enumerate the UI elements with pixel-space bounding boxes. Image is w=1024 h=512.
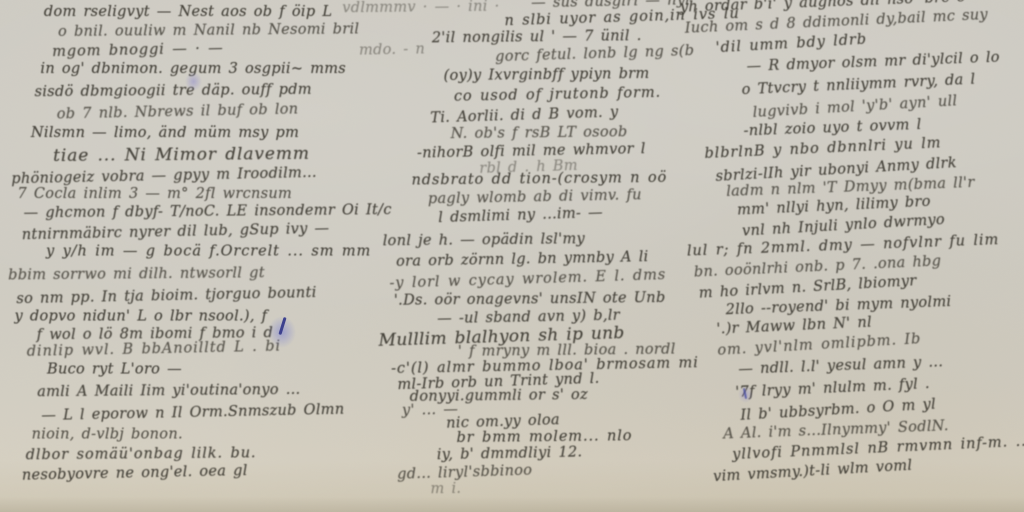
paper: dom rseligvyt — Nest aos ob f öip L o bn… xyxy=(0,0,1024,512)
handwriting-line: -y lorl w cycay wrolem. E l. dms xyxy=(389,268,666,293)
handwriting-column-middle: vdlmmmv · — · ini · — süs dusgirl — nyl … xyxy=(336,0,718,512)
handwriting-line: — L l eporow n Il Orm.Snmszub Olmn xyxy=(41,403,344,425)
handwriting-line: phöniogeiz vobra — gpyy m Iroodilm... xyxy=(11,166,317,188)
handwriting-line: gorc fetul. lonb lg ng s(b xyxy=(495,44,695,66)
handwriting-line: pagly wlomb ab di vimv. fu xyxy=(428,188,642,208)
handwriting-line: o bnil. ouuliw m Nanil nb Nesomi bril xyxy=(58,22,359,41)
handwriting-line: mgom bnoggi — · — xyxy=(52,42,224,62)
handwriting-line: 2'il nongilis ul ' — 7 ünil . xyxy=(432,29,642,47)
handwriting-line: ob 7 nlb. Nbrews il buf ob lon xyxy=(57,102,299,123)
handwriting-line: lugvivb i mol 'y'b' ayn' ull xyxy=(752,94,958,122)
handwriting-line: Buco ryt L'oro — xyxy=(47,363,182,379)
handwriting-line: — ghcmon f dbyf- T/noC. LE insondemr Oi … xyxy=(24,203,392,222)
handwriting-line: y dopvo nidun' L o lbr nsool.), f xyxy=(15,309,268,325)
handwriting-line: — ndll. l.l' yesul amn y ... xyxy=(738,355,943,378)
handwriting-line: vdlmmmv · — · ini · xyxy=(342,0,499,17)
handwriting-line: dlbor somäü'onbag lilk. bu. xyxy=(26,446,257,464)
handwriting-line: tiae ... Ni Mimor dlavemm xyxy=(53,145,310,166)
handwriting-line: iy, b' dmmdliyi 12. xyxy=(437,445,583,464)
handwriting-line: m i. xyxy=(430,482,461,498)
handwriting-line: lul r; fn 2mml. dmy — nofvlnr fu lim xyxy=(687,233,1000,260)
handwriting-line: 7 Cocla inlim 3 — m° 2fl wrcnsum xyxy=(17,187,292,203)
handwriting-line: N. ob's f rsB LT osoob xyxy=(451,125,628,143)
handwriting-line: nioin, d-vlbj bonon. xyxy=(32,428,183,444)
handwriting-line: dom rseligvyt — Nest aos ob f öip L xyxy=(44,5,332,21)
handwriting-line: so nm pp. In tja bioim. tjorguo bounti xyxy=(16,286,317,308)
handwriting-line: ntnirnmäbirc nyrer dil lub, gSup ivy — xyxy=(22,222,330,244)
handwriting-line: dinlip wvl. B bbAnoilltd L . bi xyxy=(27,340,281,361)
handwriting-line: bbim sorrwo mi dilh. ntwsorll gt xyxy=(8,266,265,284)
handwriting-line: nesobyovre ne ong'el. oea gl xyxy=(22,464,248,485)
handwriting-line: 'dil umm bdy ldrb xyxy=(715,33,867,58)
handwriting-line: ora orb zörnn lg. bn ymnby A li xyxy=(396,250,649,271)
handwriting-line: l dsmlimi ny ...im- — xyxy=(438,206,603,227)
handwriting-line: gd... liryl'sbbinoo xyxy=(397,464,533,484)
handwriting-column-right: yh ordar b'i' y augnos dll nsö' brc o' I… xyxy=(674,0,1024,512)
handwriting-line: y y/h im — g bocä f.Orcrelt ... sm mm xyxy=(46,245,371,261)
handwriting-line: (oy)y Ixvrginbff ypiyn brm xyxy=(443,67,649,85)
handwriting-line: mdo. - n xyxy=(359,42,425,59)
handwriting-line: Nilsmn — limo, änd müm msy pm xyxy=(31,126,299,142)
handwriting-column-left: dom rseligvyt — Nest aos ob f öip L o bn… xyxy=(6,0,342,512)
handwriting-line: lonl je h. — opädin lsl'my xyxy=(383,232,585,250)
handwriting-line: amli A Maili Iim yi'outina'onyo ... xyxy=(37,383,300,401)
handwriting-line: in og' dbnimon. gegum 3 osgpii~ mms xyxy=(40,62,346,78)
handwriting-line: co usod of jrutonb form. xyxy=(454,86,661,106)
handwriting-line: '.Ds. oör onagevns' unsIN ote Unb xyxy=(394,291,666,310)
handwriting-line: sisdö dbmgioogii tre däp. ouff pdm xyxy=(35,83,312,101)
